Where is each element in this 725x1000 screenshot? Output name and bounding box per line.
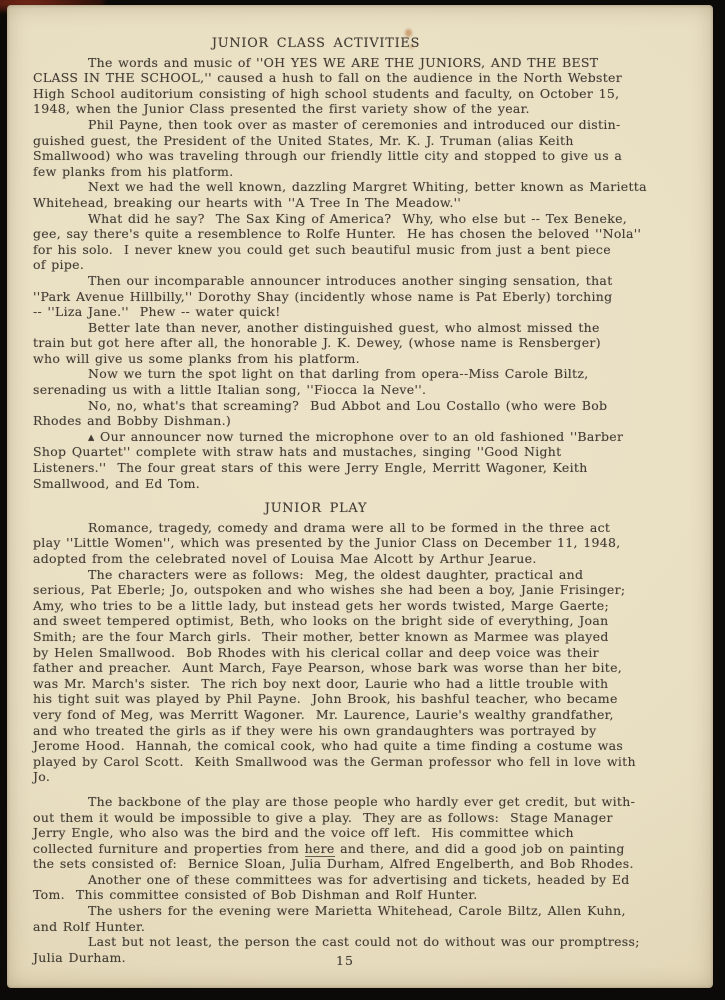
- paragraph: Next we had the well known, dazzling Mar…: [33, 179, 693, 210]
- text-line: -- ''Liza Jane.'' Phew -- water quick!: [33, 304, 693, 320]
- text-line: who will give us some planks from his pl…: [33, 351, 693, 367]
- paragraph: Then our incomparable announcer introduc…: [33, 273, 693, 320]
- paragraph: What did he say? The Sax King of America…: [33, 211, 693, 273]
- text-line: out them it would be impossible to give …: [33, 810, 693, 826]
- text-line: and Rolf Hunter.: [33, 919, 693, 935]
- section-junior-class-activities: JUNIOR CLASS ACTIVITIESThe words and mus…: [33, 36, 693, 491]
- text-line: serenading us with a little Italian song…: [33, 382, 693, 398]
- text-line: ▴ Our announcer now turned the microphon…: [33, 429, 693, 445]
- paragraph: The characters were as follows: Meg, the…: [33, 567, 693, 785]
- text-line: Jo.: [33, 769, 693, 785]
- paragraph: Romance, tragedy, comedy and drama were …: [33, 520, 693, 567]
- paragraph: Phil Payne, then took over as master of …: [33, 117, 693, 179]
- yearbook-page: JUNIOR CLASS ACTIVITIESThe words and mus…: [7, 5, 713, 988]
- text-line: Smith; are the four March girls. Their m…: [33, 629, 693, 645]
- text-line: Jerome Hood. Hannah, the comical cook, w…: [33, 738, 693, 754]
- text-line: serious, Pat Eberle; Jo, outspoken and w…: [33, 582, 693, 598]
- text-line: No, no, what's that screaming? Bud Abbot…: [33, 398, 693, 414]
- text-line: was Mr. March's sister. The rich boy nex…: [33, 676, 693, 692]
- text-line: CLASS IN THE SCHOOL,'' caused a hush to …: [33, 70, 693, 86]
- section-junior-play: JUNIOR PLAYRomance, tragedy, comedy and …: [33, 501, 693, 965]
- page-content: JUNIOR CLASS ACTIVITIESThe words and mus…: [33, 36, 693, 965]
- text-line: and who treated the girls as if they wer…: [33, 723, 693, 739]
- text-line: Next we had the well known, dazzling Mar…: [33, 179, 693, 195]
- text-line: The ushers for the evening were Marietta…: [33, 903, 693, 919]
- text-line: play ''Little Women'', which was present…: [33, 535, 693, 551]
- text-line: The backbone of the play are those peopl…: [33, 794, 693, 810]
- paragraph: The backbone of the play are those peopl…: [33, 794, 693, 872]
- scanned-page-background: JUNIOR CLASS ACTIVITIESThe words and mus…: [0, 0, 725, 1000]
- text-line: train but got here after all, the honora…: [33, 335, 693, 351]
- text-line: gee, say there's quite a resemblence to …: [33, 226, 693, 242]
- paragraph: No, no, what's that screaming? Bud Abbot…: [33, 398, 693, 429]
- text-line: ''Park Avenue Hillbilly,'' Dorothy Shay …: [33, 289, 693, 305]
- text-line: adopted from the celebrated novel of Lou…: [33, 551, 693, 567]
- text-line: The words and music of ''OH YES WE ARE T…: [33, 55, 693, 71]
- text-line: collected furniture and properties from …: [33, 841, 693, 857]
- text-line: Whitehead, breaking our hearts with ''A …: [33, 195, 693, 211]
- section-title: JUNIOR PLAY: [33, 501, 599, 517]
- paragraph: Better late than never, another distingu…: [33, 320, 693, 367]
- page-number: 15: [33, 953, 657, 968]
- text-line: Romance, tragedy, comedy and drama were …: [33, 520, 693, 536]
- text-line: Last but not least, the person the cast …: [33, 934, 693, 950]
- text-line: Tom. This committee consisted of Bob Dis…: [33, 887, 693, 903]
- text-line: Listeners.'' The four great stars of thi…: [33, 460, 693, 476]
- text-line: The characters were as follows: Meg, the…: [33, 567, 693, 583]
- text-line: of pipe.: [33, 257, 693, 273]
- text-line: Amy, who tries to be a little lady, but …: [33, 598, 693, 614]
- text-line: Rhodes and Bobby Dishman.): [33, 413, 693, 429]
- text-line: What did he say? The Sax King of America…: [33, 211, 693, 227]
- text-line: High School auditorium consisting of hig…: [33, 86, 693, 102]
- text-line: Phil Payne, then took over as master of …: [33, 117, 693, 133]
- text-line: Smallwood, and Ed Tom.: [33, 476, 693, 492]
- text-line: father and preacher. Aunt March, Faye Pe…: [33, 660, 693, 676]
- paragraph: Now we turn the spot light on that darli…: [33, 366, 693, 397]
- underlined-word: here: [305, 841, 335, 857]
- text-line: Another one of these committees was for …: [33, 872, 693, 888]
- text-line: Then our incomparable announcer introduc…: [33, 273, 693, 289]
- text-line: Better late than never, another distingu…: [33, 320, 693, 336]
- text-line: Now we turn the spot light on that darli…: [33, 366, 693, 382]
- paragraph: The words and music of ''OH YES WE ARE T…: [33, 55, 693, 117]
- section-title: JUNIOR CLASS ACTIVITIES: [33, 36, 599, 52]
- text-line: by Helen Smallwood. Bob Rhodes with his …: [33, 645, 693, 661]
- text-line: for his solo. I never knew you could get…: [33, 242, 693, 258]
- text-line: Jerry Engle, who also was the bird and t…: [33, 825, 693, 841]
- text-line: the sets consisted of: Bernice Sloan, Ju…: [33, 856, 693, 872]
- text-line: Smallwood) who was traveling through our…: [33, 148, 693, 164]
- text-line: his tight suit was played by Phil Payne.…: [33, 691, 693, 707]
- text-line: Shop Quartet'' complete with straw hats …: [33, 444, 693, 460]
- text-line: and sweet tempered optimist, Beth, who l…: [33, 613, 693, 629]
- paragraph: The ushers for the evening were Marietta…: [33, 903, 693, 934]
- text-line: very fond of Meg, was Merritt Wagoner. M…: [33, 707, 693, 723]
- text-line: 1948, when the Junior Class presented th…: [33, 101, 693, 117]
- text-line: played by Carol Scott. Keith Smallwood w…: [33, 754, 693, 770]
- paragraph: Another one of these committees was for …: [33, 872, 693, 903]
- text-line: few planks from his platform.: [33, 164, 693, 180]
- text-line: guished guest, the President of the Unit…: [33, 133, 693, 149]
- paragraph: ▴ Our announcer now turned the microphon…: [33, 429, 693, 491]
